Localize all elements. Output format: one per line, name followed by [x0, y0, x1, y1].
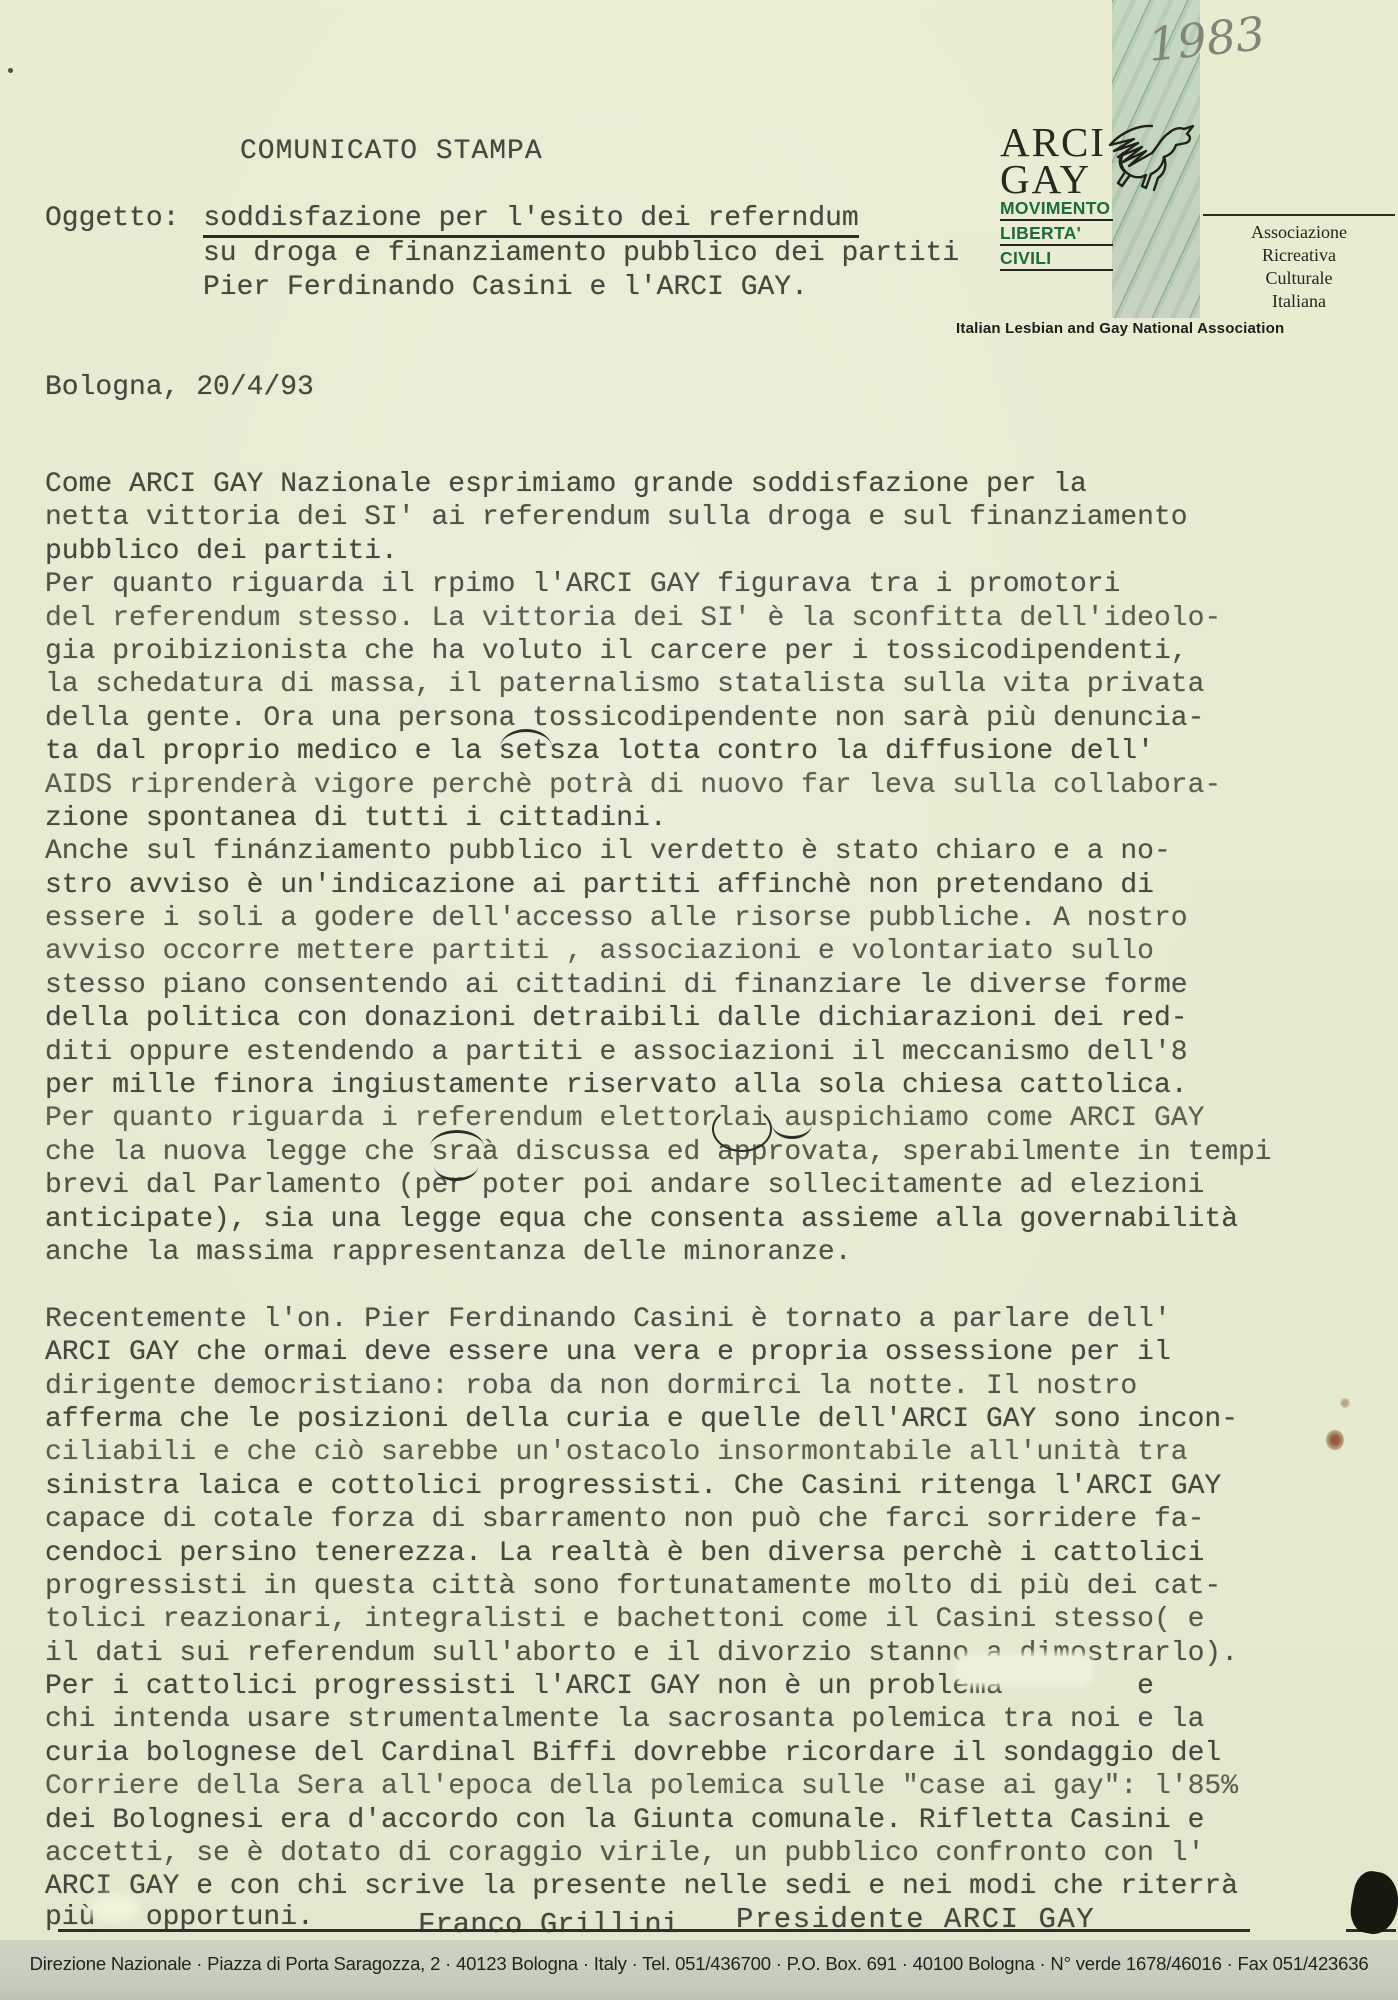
body-line: della politica con donazioni detraibili … — [45, 1002, 1385, 1035]
body-line: AIDS riprenderà vigore perchè potrà di n… — [45, 769, 1385, 802]
body-line: il dati sui referendum sull'aborto e il … — [45, 1637, 1385, 1670]
motto-rule — [1000, 269, 1113, 271]
signature-underline — [58, 1929, 1250, 1932]
body-line: gia proibizionista che ha voluto il carc… — [45, 635, 1385, 668]
handwritten-year-note: 1983 — [1145, 6, 1267, 72]
body-line: ciliabili e che ciò sarebbe un'ostacolo … — [45, 1436, 1385, 1469]
association-line: Culturale — [1203, 267, 1395, 290]
body-line: sinistra laica e cottolici progressisti.… — [45, 1470, 1385, 1503]
body-line: ARCI GAY e con chi scrive la presente ne… — [45, 1870, 1385, 1903]
body-line: chi intenda usare strumentalmente la sac… — [45, 1703, 1385, 1736]
body-line: Corriere della Sera all'epoca della pole… — [45, 1770, 1385, 1803]
body-line: per mille finora ingiustamente riservato… — [45, 1069, 1385, 1102]
body-line: essere i soli a godere dell'accesso alle… — [45, 902, 1385, 935]
body-line: Recentemente l'on. Pier Ferdinando Casin… — [45, 1303, 1385, 1336]
stray-ink-dot — [8, 68, 13, 73]
body-line: afferma che le posizioni della curia e q… — [45, 1403, 1385, 1436]
motto-movimento: MOVIMENTO — [1000, 199, 1113, 217]
motto-liberta: LIBERTA' — [1000, 224, 1113, 242]
body-line: accetti, se è dotato di coraggio virile,… — [45, 1837, 1385, 1870]
body-line: anticipate), sia una legge equa che cons… — [45, 1203, 1385, 1236]
brown-stain — [1326, 1430, 1344, 1450]
motto-rule — [1000, 244, 1113, 246]
body-line: del referendum stesso. La vittoria dei S… — [45, 602, 1385, 635]
motto-civili: CIVILI — [1000, 249, 1113, 267]
motto-block: MOVIMENTO LIBERTA' CIVILI — [1000, 199, 1113, 274]
body-lines: Come ARCI GAY Nazionale esprimiamo grand… — [45, 468, 1385, 1904]
association-line: Italiana — [1203, 290, 1395, 313]
letterhead-subtitle: Italian Lesbian and Gay National Associa… — [956, 320, 1284, 337]
body-line: Anche sul finánziamento pubblico il verd… — [45, 835, 1385, 868]
body-line: della gente. Ora una persona tossicodipe… — [45, 702, 1385, 735]
body-line: tolici reazionari, integralisti e bachet… — [45, 1603, 1385, 1636]
faded-ink-spot — [88, 1893, 140, 1923]
association-line: Ricreativa — [1203, 244, 1395, 267]
dateline: Bologna, 20/4/93 — [45, 372, 314, 403]
body-line: brevi dal Parlamento (per poter poi anda… — [45, 1169, 1385, 1202]
body-line: netta vittoria dei SI' ai referendum sul… — [45, 501, 1385, 534]
body-line: dei Bolognesi era d'accordo con la Giunt… — [45, 1804, 1385, 1837]
body-line: ARCI GAY che ormai deve essere una vera … — [45, 1336, 1385, 1369]
body-line: avviso occorre mettere partiti , associa… — [45, 935, 1385, 968]
body-line: la schedatura di massa, il paternalismo … — [45, 668, 1385, 701]
association-column: Associazione Ricreativa Culturale Italia… — [1203, 214, 1395, 313]
brown-stain-small — [1340, 1398, 1350, 1408]
body-line: Per quanto riguarda il rpimo l'ARCI GAY … — [45, 568, 1385, 601]
body-line: zione spontanea di tutti i cittadini. — [45, 802, 1385, 835]
body-line: anche la massima rappresentanza delle mi… — [45, 1236, 1385, 1269]
body-line: stro avviso è un'indicazione ai partiti … — [45, 869, 1385, 902]
body-line: progressisti in questa città sono fortun… — [45, 1570, 1385, 1603]
correction-loop-elettorlai — [712, 1106, 772, 1152]
scanned-press-release: 1983 ARCI GAY MOVIMENTO LIBERTA' CIVILI … — [0, 0, 1398, 2000]
pegasus-winged-horse-icon — [1106, 120, 1198, 202]
document-title: COMUNICATO STAMPA — [240, 136, 543, 167]
subject-row-1: Oggetto:soddisfazione per l'esito dei re… — [45, 203, 859, 234]
whiteout-correction-patch — [958, 1656, 1090, 1683]
subject-label: Oggetto: — [45, 203, 179, 234]
association-line: Associazione — [1203, 221, 1395, 244]
body-line: dirigente democristiano: roba da non dor… — [45, 1370, 1385, 1403]
body-line: cendoci persino tenerezza. La realtà è b… — [45, 1537, 1385, 1570]
body-line: diti oppure estendendo a partiti e assoc… — [45, 1036, 1385, 1069]
subject-line-1: soddisfazione per l'esito dei referndum — [203, 203, 858, 238]
org-logo-line2: GAY — [1000, 161, 1106, 198]
body-line: Come ARCI GAY Nazionale esprimiamo grand… — [45, 468, 1385, 501]
body-line — [45, 1269, 1385, 1302]
footer-address: Direzione Nazionale · Piazza di Porta Sa… — [0, 1953, 1398, 1975]
body-line: capace di cotale forza di sbarramento no… — [45, 1503, 1385, 1536]
signature-name: Franco Grillini — [418, 1908, 679, 1941]
motto-rule — [1000, 219, 1113, 221]
body-line: ta dal proprio medico e la setsza lotta … — [45, 735, 1385, 768]
org-logo-name: ARCI GAY — [1000, 124, 1106, 198]
body-line: Per i cattolici progressisti l'ARCI GAY … — [45, 1670, 1385, 1703]
subject-line-3: Pier Ferdinando Casini e l'ARCI GAY. — [203, 272, 808, 303]
body-line: stesso piano consentendo ai cittadini di… — [45, 969, 1385, 1002]
body-line: che la nuova legge che sraà discussa ed … — [45, 1136, 1385, 1169]
body-line: pubblico dei partiti. — [45, 535, 1385, 568]
body-line: curia bolognese del Cardinal Biffi dovre… — [45, 1737, 1385, 1770]
subject-line-2: su droga e finanziamento pubblico dei pa… — [203, 238, 959, 269]
